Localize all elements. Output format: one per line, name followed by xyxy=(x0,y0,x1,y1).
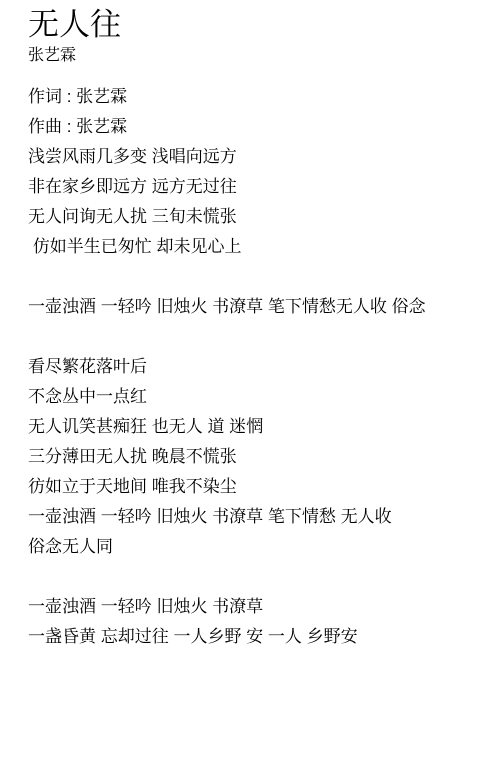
lyrics-line: 一盏昏黄 忘却过往 一人乡野 安 一人 乡野安 xyxy=(28,622,500,652)
lyrics-line: 无人讥笑甚痴狂 也无人 道 迷惘 xyxy=(28,412,500,442)
lyrics-line: 非在家乡即远方 远方无过往 xyxy=(28,172,500,202)
lyrics-line: 作曲 : 张艺霖 xyxy=(28,112,500,142)
lyrics-line: 彷如立于天地间 唯我不染尘 xyxy=(28,472,500,502)
lyrics-line-blank xyxy=(28,562,500,592)
lyrics-line: 不念丛中一点红 xyxy=(28,382,500,412)
lyrics-line: 仿如半生已匆忙 却未见心上 xyxy=(28,232,500,262)
page-title: 无人往 xyxy=(28,6,500,43)
artist-name: 张艺霖 xyxy=(28,45,500,66)
lyrics-line: 无人问询无人扰 三旬未慌张 xyxy=(28,202,500,232)
lyrics-line: 一壶浊酒 一轻吟 旧烛火 书潦草 xyxy=(28,592,500,622)
lyrics-line: 俗念无人同 xyxy=(28,532,500,562)
lyrics-line-blank xyxy=(28,262,500,292)
lyrics-line: 三分薄田无人扰 晚晨不慌张 xyxy=(28,442,500,472)
lyrics-body: 作词 : 张艺霖 作曲 : 张艺霖 浅尝风雨几多变 浅唱向远方 非在家乡即远方 … xyxy=(28,82,500,652)
lyrics-line: 一壶浊酒 一轻吟 旧烛火 书潦草 笔下情愁 无人收 xyxy=(28,502,500,532)
lyrics-line: 浅尝风雨几多变 浅唱向远方 xyxy=(28,142,500,172)
lyrics-line: 作词 : 张艺霖 xyxy=(28,82,500,112)
lyrics-line: 一壶浊酒 一轻吟 旧烛火 书潦草 笔下情愁无人收 俗念 xyxy=(28,292,500,322)
lyrics-line-blank xyxy=(28,322,500,352)
lyrics-line: 看尽繁花落叶后 xyxy=(28,352,500,382)
